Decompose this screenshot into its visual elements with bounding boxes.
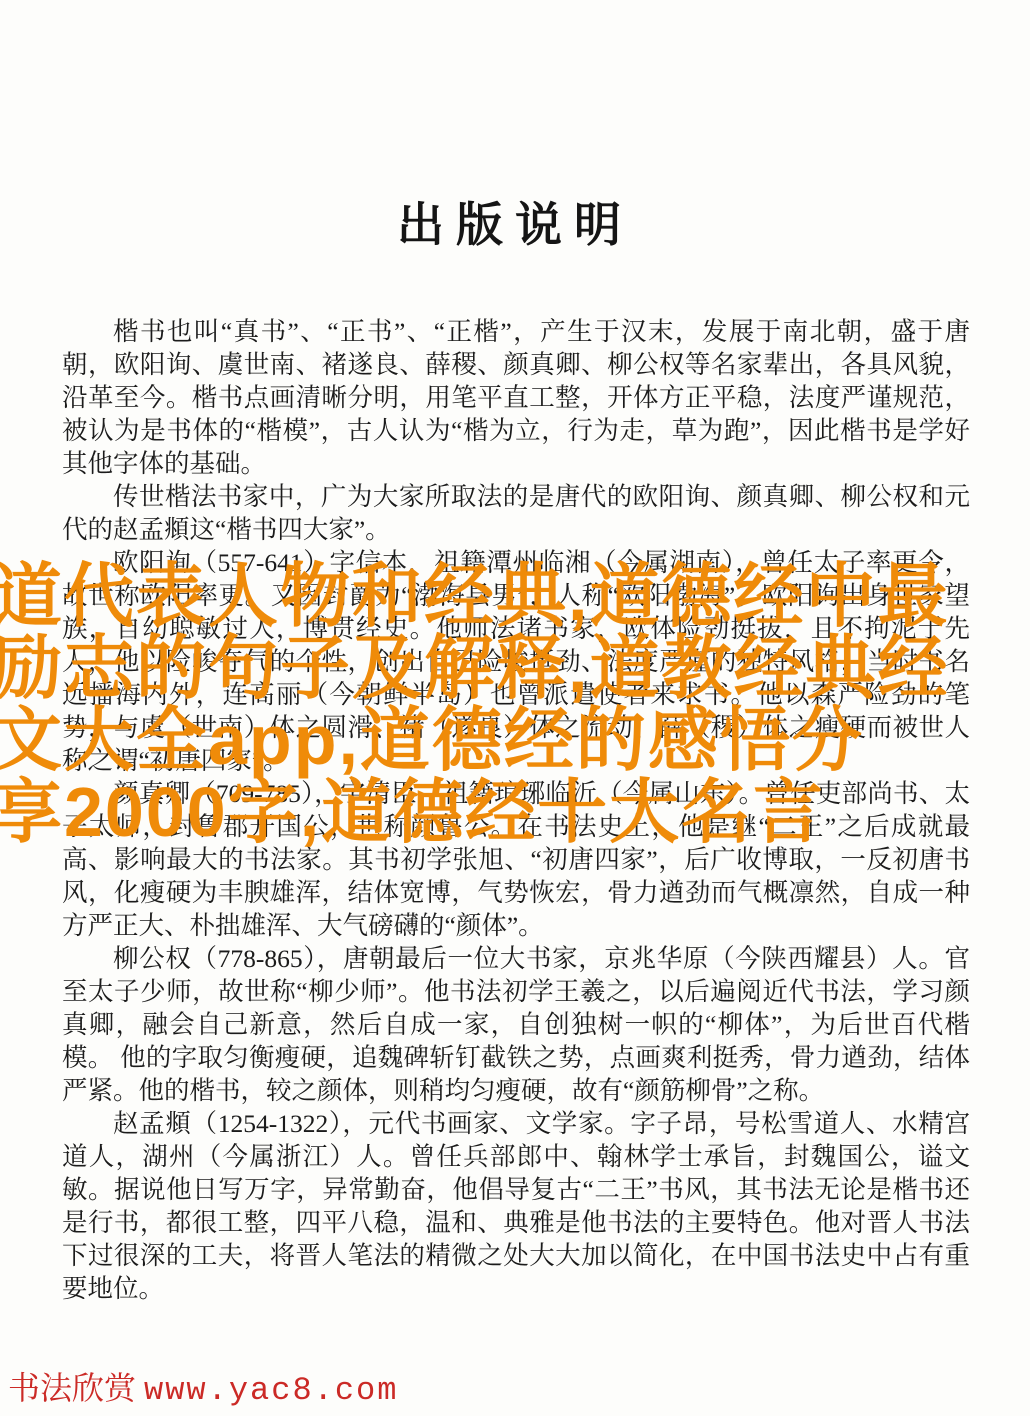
paragraph: 颜真卿（709-785），字清臣，祖籍琅琊临沂（今属山东）。曾任吏部尚书、太子太… (62, 777, 970, 942)
watermark-url: www.yac8.com (144, 1372, 398, 1409)
page-title: 出版说明 (0, 0, 1030, 255)
scanned-book-page: 出版说明 楷书也叫“真书”、“正书”、“正楷”，产生于汉末，发展于南北朝，盛于唐… (0, 0, 1030, 1416)
paragraph: 欧阳询（557-641）字信本，祖籍潭州临湘（今属湖南），曾任太子率更令，故世称… (62, 546, 970, 777)
paragraph: 赵孟頫（1254-1322），元代书画家、文学家。字子昂，号松雪道人、水精宫道人… (62, 1107, 970, 1305)
watermark-site-name: 书法欣赏 (8, 1370, 136, 1406)
paragraph: 楷书也叫“真书”、“正书”、“正楷”，产生于汉末，发展于南北朝，盛于唐朝，欧阳询… (62, 315, 970, 480)
paragraph: 柳公权（778-865），唐朝最后一位大书家，京兆华原（今陕西耀县）人。官至太子… (62, 942, 970, 1107)
body-text: 楷书也叫“真书”、“正书”、“正楷”，产生于汉末，发展于南北朝，盛于唐朝，欧阳询… (62, 315, 970, 1305)
watermark: 书法欣赏 www.yac8.com (8, 1363, 398, 1409)
paragraph: 传世楷法书家中，广为大家所取法的是唐代的欧阳询、颜真卿、柳公权和元代的赵孟頫这“… (62, 480, 970, 546)
